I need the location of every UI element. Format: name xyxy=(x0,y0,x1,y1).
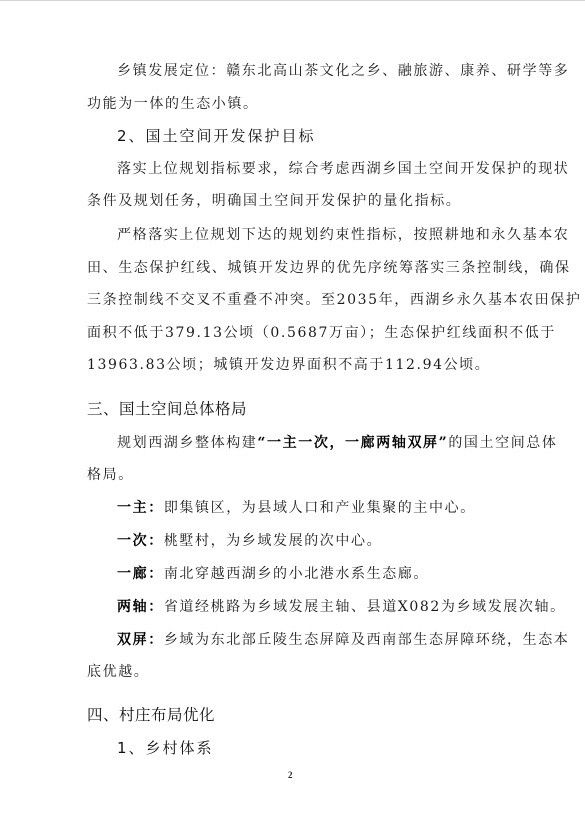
layout-item-term: 一廊： xyxy=(117,566,164,582)
section-heading-2: 2、国土空间开发保护目标 xyxy=(117,127,316,145)
layout-item-double-barrier-continuation: 底优越。 xyxy=(87,663,149,681)
layout-item-term: 两轴： xyxy=(117,599,164,615)
chapter-heading-3: 三、国土空间总体格局 xyxy=(87,400,247,418)
paragraph-targets-detail-line-5: 13963.83公顷；城镇开发边界面积不高于112.94公顷。 xyxy=(87,356,490,374)
paragraph-targets-intro-line-1: 落实上位规划指标要求，综合考虑西湖乡国土空间开发保护的现状 xyxy=(117,160,569,178)
layout-intro-emphasis: “一主一次，一廊两轴双屏” xyxy=(257,435,448,451)
layout-item-text: 即集镇区，为县域人口和产业集聚的主中心。 xyxy=(164,500,476,516)
paragraph-targets-detail-line-3: 三条控制线不交叉不重叠不冲突。至2035年，西湖乡永久基本农田保护 xyxy=(87,291,581,309)
page-number: 2 xyxy=(288,770,293,780)
layout-intro-suffix: 的国土空间总体 xyxy=(448,435,557,451)
layout-intro-prefix: 规划西湖乡整体构建 xyxy=(117,435,257,451)
layout-item-term: 一主： xyxy=(117,500,164,516)
paragraph-targets-detail-line-1: 严格落实上位规划下达的规划约束性指标，按照耕地和永久基本农 xyxy=(117,226,569,244)
layout-item-term: 双屏： xyxy=(117,632,164,648)
page-top-border xyxy=(0,0,585,1)
layout-item-text: 省道经桃路为乡域发展主轴、县道X082为乡域发展次轴。 xyxy=(164,599,566,615)
layout-item-text: 南北穿越西湖乡的小北港水系生态廊。 xyxy=(164,566,429,582)
paragraph-positioning-line-2: 功能为一体的生态小镇。 xyxy=(87,95,259,113)
layout-item-corridor: 一廊：南北穿越西湖乡的小北港水系生态廊。 xyxy=(117,565,429,583)
layout-item-sub-center: 一次：桃墅村，为乡域发展的次中心。 xyxy=(117,532,382,550)
paragraph-positioning-line-1: 乡镇发展定位：赣东北高山茶文化之乡、融旅游、康养、研学等多 xyxy=(117,62,569,80)
paragraph-layout-intro-line-1: 规划西湖乡整体构建“一主一次，一廊两轴双屏”的国土空间总体 xyxy=(117,434,558,452)
paragraph-targets-detail-line-4: 面积不低于379.13公顷（0.5687万亩）；生态保护红线面积不低于 xyxy=(87,324,556,342)
paragraph-layout-intro-line-2: 格局。 xyxy=(87,466,134,484)
layout-item-double-barrier: 双屏：乡域为东北部丘陵生态屏障及西南部生态屏障环绕，生态本 xyxy=(117,631,569,649)
chapter-heading-4: 四、村庄布局优化 xyxy=(87,706,215,724)
layout-item-term: 一次： xyxy=(117,533,164,549)
layout-item-text: 乡域为东北部丘陵生态屏障及西南部生态屏障环绕，生态本 xyxy=(164,632,570,648)
paragraph-targets-intro-line-2: 条件及规划任务，明确国土空间开发保护的量化指标。 xyxy=(87,192,461,210)
section-heading-4-1: 1、乡村体系 xyxy=(117,739,214,757)
layout-item-main-center: 一主：即集镇区，为县域人口和产业集聚的主中心。 xyxy=(117,499,476,517)
paragraph-targets-detail-line-2: 田、生态保护红线、城镇开发边界的优先序统筹落实三条控制线，确保 xyxy=(87,259,571,277)
layout-item-text: 桃墅村，为乡域发展的次中心。 xyxy=(164,533,382,549)
layout-item-two-axes: 两轴：省道经桃路为乡域发展主轴、县道X082为乡域发展次轴。 xyxy=(117,598,566,616)
